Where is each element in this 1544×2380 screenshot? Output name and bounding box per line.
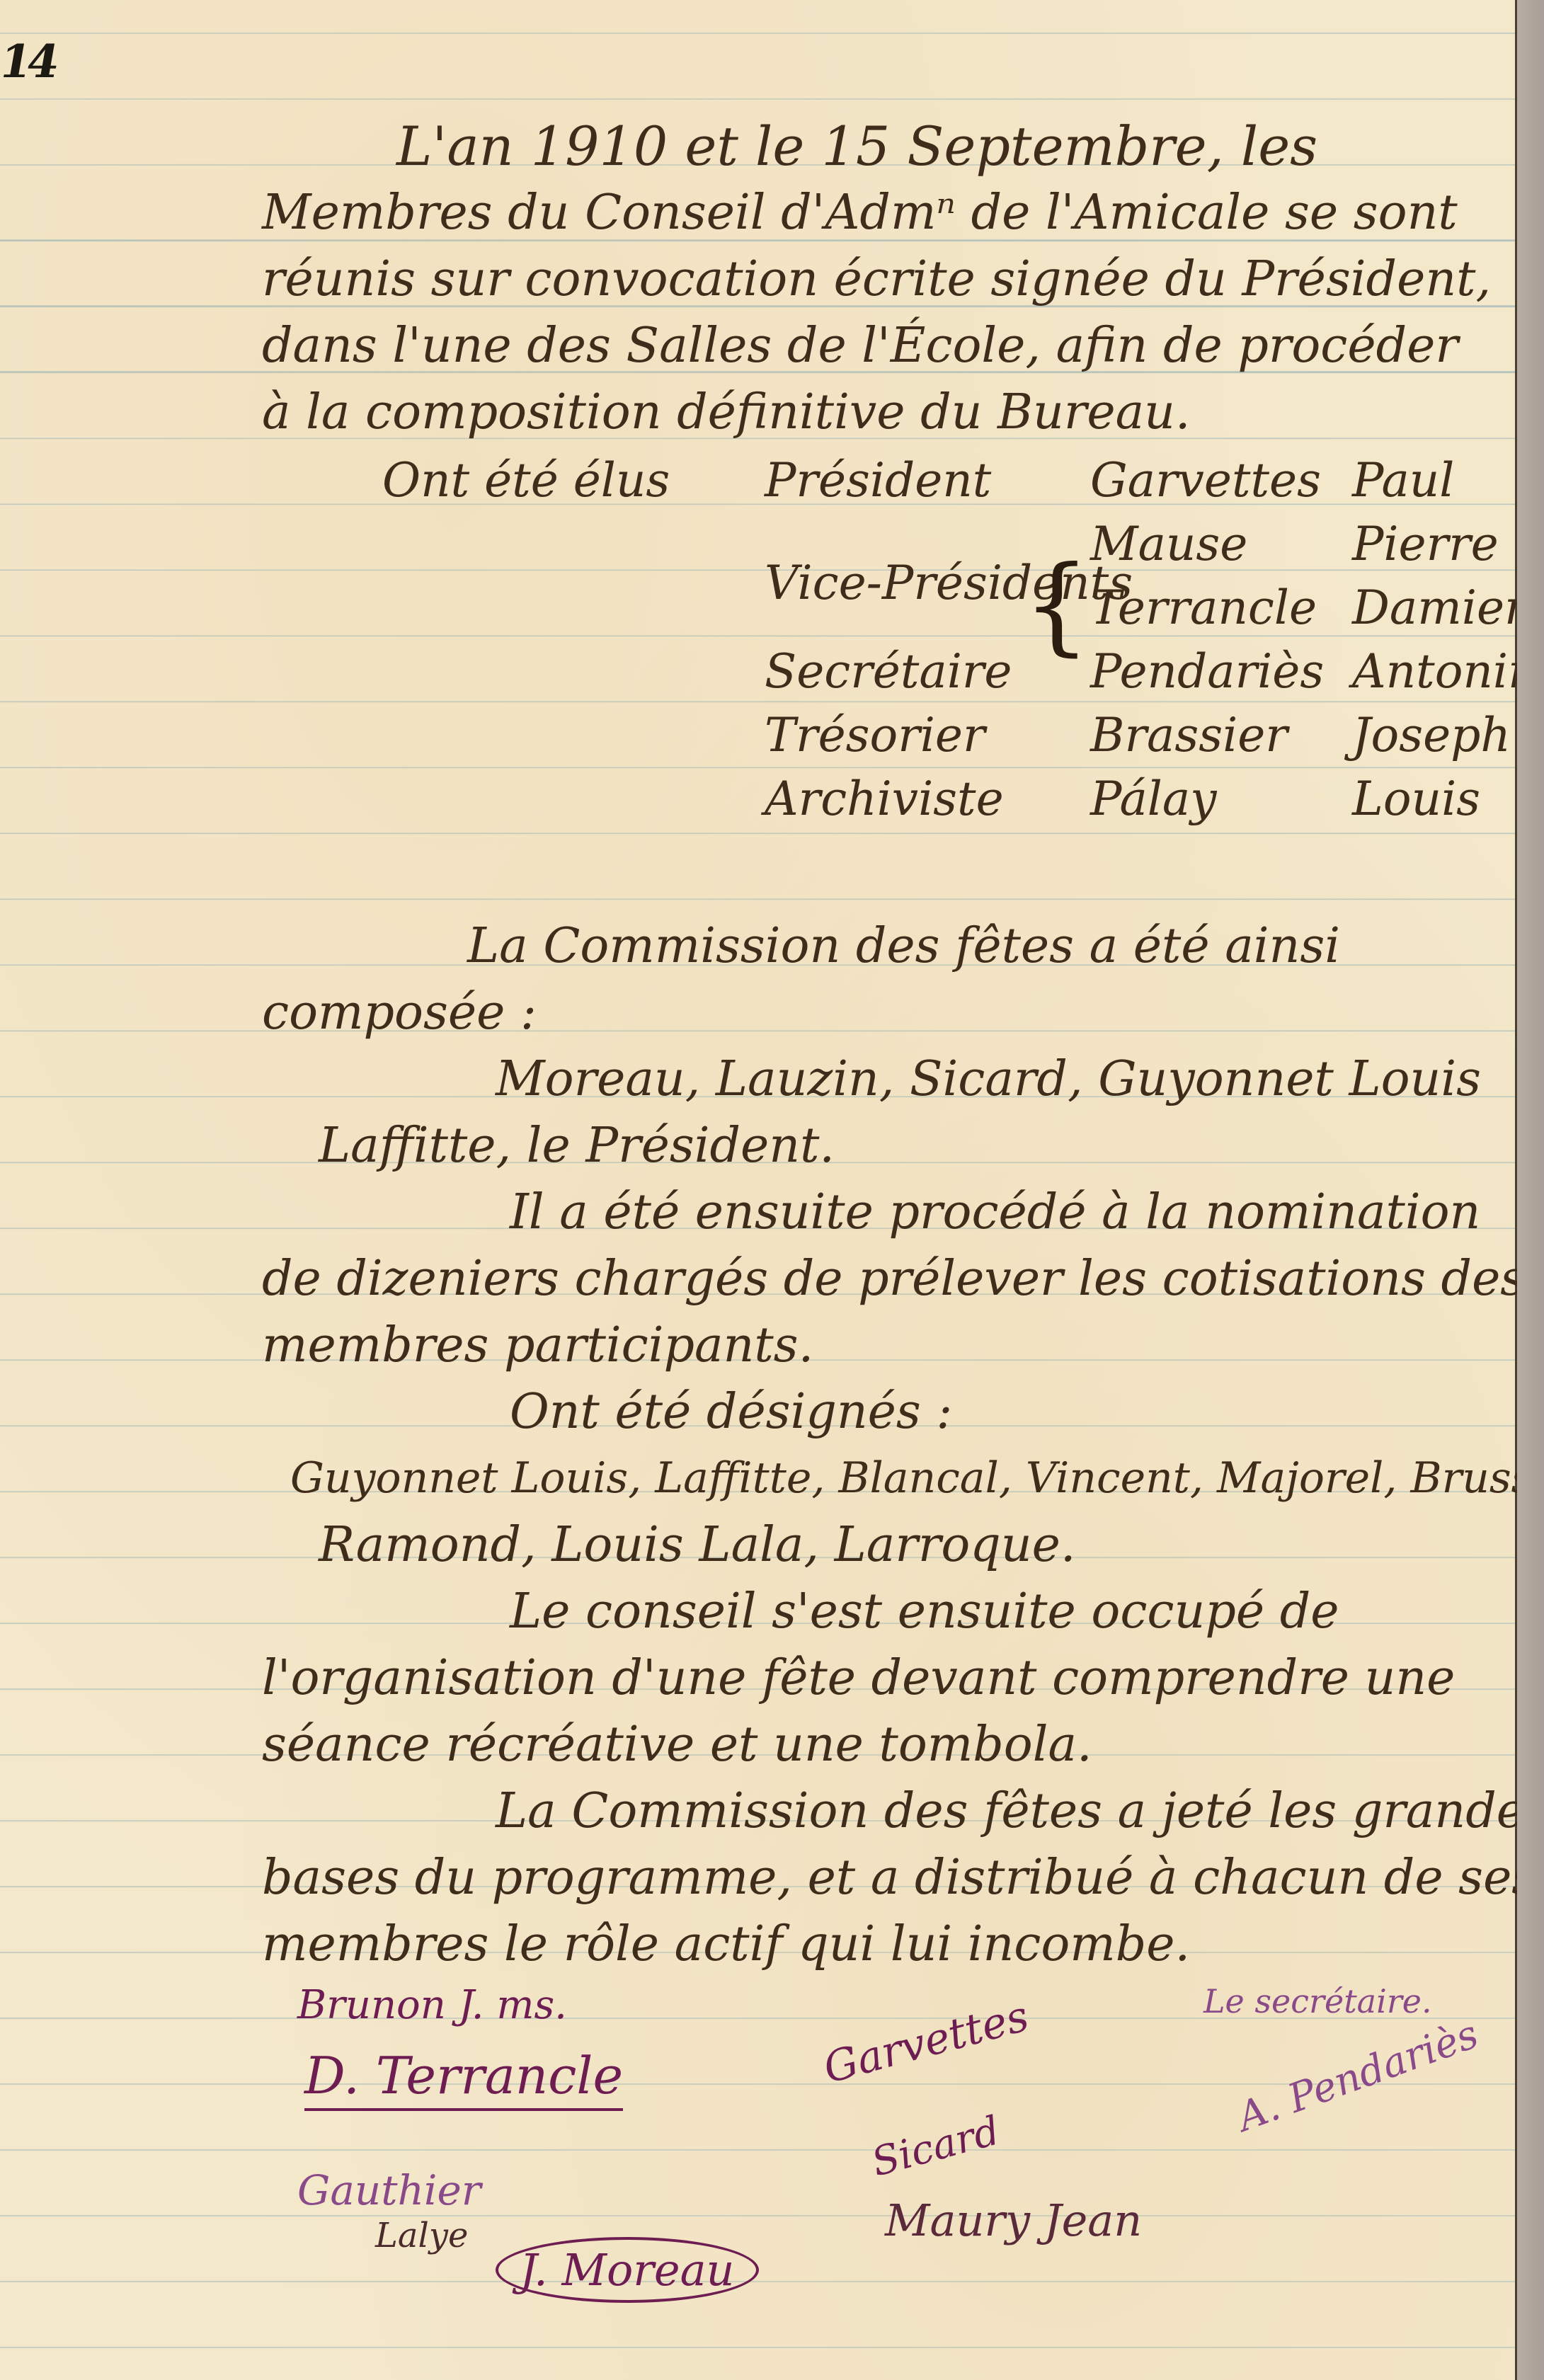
- officer-role: Président: [765, 453, 991, 508]
- intro-line-5: à la composition définitive du Bureau.: [262, 379, 1191, 445]
- fete-line-2: l'organisation d'une fête devant compren…: [262, 1645, 1455, 1711]
- officer-first-name: Louis: [1352, 772, 1480, 826]
- officer-first-name: Antonin: [1352, 644, 1538, 699]
- signature: A. Pendariès: [1232, 2011, 1485, 2141]
- intro-line-4: dans l'une des Salles de l'École, afin d…: [262, 313, 1458, 379]
- officer-surname: Pendariès: [1090, 644, 1324, 699]
- intro-line-2: Membres du Conseil d'Admⁿ de l'Amicale s…: [262, 180, 1458, 246]
- fete-line-6: membres le rôle actif qui lui incombe.: [262, 1911, 1190, 1977]
- intro-line-1: L'an 1910 et le 15 Septembre, les: [396, 113, 1317, 179]
- page-number: 14: [0, 35, 59, 88]
- dizeniers-line-3: membres participants.: [262, 1312, 813, 1378]
- commission-line-3: Moreau, Lauzin, Sicard, Guyonnet Louis: [496, 1046, 1481, 1112]
- dizeniers-line-6: Ramond, Louis Lala, Larroque.: [319, 1512, 1075, 1578]
- signature: Garvettes: [818, 1991, 1034, 2093]
- brace-icon: {: [1023, 552, 1090, 658]
- binding-edge: [1517, 0, 1544, 2380]
- elected-label: Ont été élus: [382, 453, 670, 508]
- commission-line-1: La Commission des fêtes a été ainsi: [467, 913, 1340, 979]
- notebook-page: 14 L'an 1910 et le 15 Septembre, les Mem…: [0, 0, 1517, 2380]
- signature: Gauthier: [297, 2166, 481, 2214]
- officer-surname: Terrancle: [1090, 580, 1317, 635]
- commission-line-2: composée :: [262, 980, 537, 1046]
- intro-line-3: réunis sur convocation écrite signée du …: [262, 246, 1491, 312]
- dizeniers-line-2: de dizeniers chargés de prélever les cot…: [262, 1246, 1525, 1312]
- signature: Lalye: [375, 2216, 468, 2255]
- officer-role: Archiviste: [765, 772, 1004, 826]
- signature: Sicard: [867, 2107, 1005, 2185]
- officer-first-name: Paul: [1352, 453, 1454, 508]
- dizeniers-line-1: Il a été ensuite procédé à la nomination: [510, 1179, 1480, 1245]
- officer-first-name: Joseph: [1352, 708, 1511, 762]
- signature: D. Terrancle: [304, 2046, 623, 2111]
- fete-line-1: Le conseil s'est ensuite occupé de: [510, 1579, 1339, 1644]
- signature-caption: Le secrétaire.: [1203, 1982, 1432, 2020]
- commission-line-4: Laffitte, le Président.: [319, 1113, 835, 1179]
- officer-first-name: Damien: [1352, 580, 1535, 635]
- officer-role: Trésorier: [765, 708, 985, 762]
- fete-line-4: La Commission des fêtes a jeté les grand…: [496, 1778, 1544, 1844]
- officer-surname: Garvettes: [1090, 453, 1321, 508]
- signature: Maury Jean: [885, 2195, 1142, 2246]
- dizeniers-line-4: Ont été désignés :: [510, 1379, 952, 1445]
- officer-surname: Pálay: [1090, 772, 1217, 826]
- fete-line-3: séance récréative et une tombola.: [262, 1712, 1092, 1778]
- signature: Brunon J. ms.: [297, 1982, 567, 2028]
- dizeniers-line-5: Guyonnet Louis, Laffitte, Blancal, Vince…: [290, 1446, 1544, 1511]
- officer-surname: Brassier: [1090, 708, 1288, 762]
- officer-role: Secrétaire: [765, 644, 1012, 699]
- signature: J. Moreau: [496, 2237, 759, 2303]
- officer-first-name: Pierre: [1352, 517, 1499, 571]
- fete-line-5: bases du programme, et a distribué à cha…: [262, 1845, 1536, 1911]
